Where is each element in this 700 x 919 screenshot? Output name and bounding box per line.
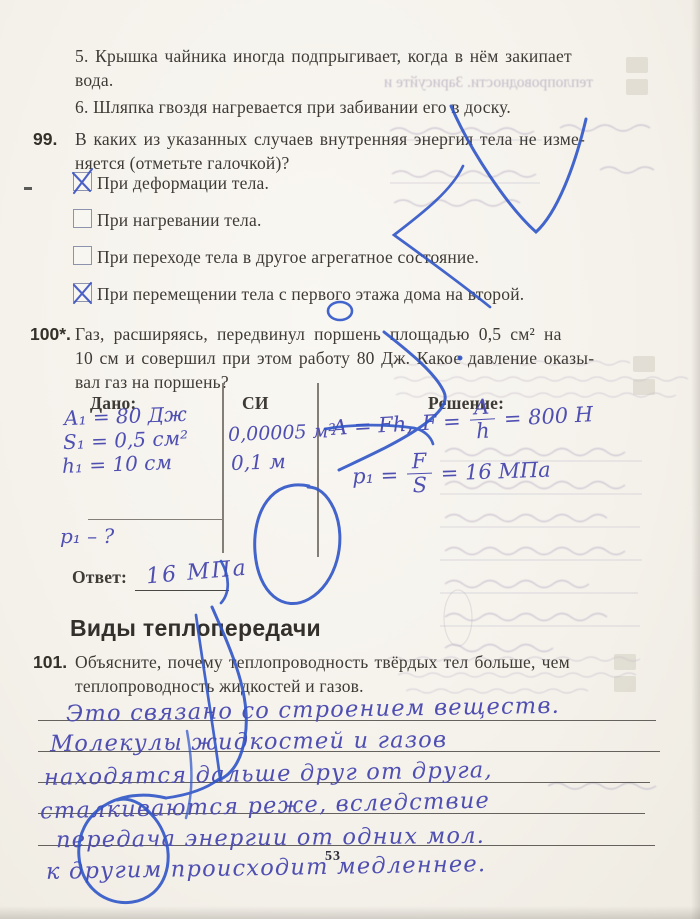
answer-blank[interactable] (135, 590, 229, 591)
question-100-line2: 10 см и совершил при этом работу 80 Дж. … (75, 346, 594, 370)
edge-tab-mark (614, 654, 636, 670)
question-101-line2: теплопроводность жидкостей и газов. (75, 674, 364, 698)
handwritten-solution-line1: A = Fh, F = Ah = 800 Н (331, 391, 594, 450)
question-100-line1: Газ, расширяясь, передвинул поршень площ… (75, 322, 562, 346)
question-99-number: 99. (33, 127, 57, 151)
edge-tab-mark (633, 356, 655, 372)
solution-result-pressure: = 16 МПа (440, 457, 551, 485)
handwritten-answer-row-6: к другим происходит медленнее. (46, 851, 487, 885)
question-100-number: 100*. (30, 322, 71, 346)
handwritten-answer-value: 16 МПа (145, 556, 249, 590)
solution-fraction-a-over-h: Ah (469, 396, 496, 442)
bleed-through-text: теплопроводности. Зарисуйте и (384, 74, 593, 92)
exercise-item-6: 6. Шляпка гвоздя нагревается при забиван… (75, 95, 511, 119)
edge-tab-mark (626, 79, 648, 95)
option-4-label: При перемещении тела с первого этажа дом… (97, 282, 524, 306)
handwritten-si-1: 0,00005 м² (228, 420, 337, 446)
checkbox-option-4[interactable] (73, 283, 92, 302)
solution-struck-formula: A = Fh, (332, 411, 414, 439)
table-divider-right (317, 383, 319, 557)
edge-tab-mark (633, 379, 655, 395)
handwritten-find: p₁ – ? (60, 524, 114, 548)
answer-label: Ответ: (72, 565, 127, 589)
edge-tab-mark (626, 57, 648, 73)
handwritten-solution-line2: p₁ = FS = 16 МПа (351, 447, 551, 499)
solution-result-force: = 800 Н (503, 402, 593, 431)
page-edge-shadow-bottom (0, 906, 700, 919)
question-101-number: 101. (33, 650, 67, 674)
checkbox-option-2[interactable] (73, 209, 92, 228)
checkbox-option-1[interactable] (73, 172, 92, 191)
handwritten-given-3: h₁ = 10 см (62, 450, 173, 478)
checkbox-option-3[interactable] (73, 246, 92, 265)
check-x-mark (70, 278, 95, 306)
check-x-mark (70, 167, 95, 195)
question-99-line1: В каких из указанных случаев внутренняя … (75, 127, 585, 151)
scan-speck (24, 187, 32, 190)
handwritten-answer-row-3: находятся дальше друг от друга, (44, 757, 493, 791)
solution-fraction-f-over-s: FS (406, 451, 432, 497)
handwritten-answer-row-5: передача энергии от одних мол. (56, 823, 485, 853)
question-101-line1: Объясните, почему теплопроводность твёрд… (75, 650, 570, 674)
handwritten-answer-row-4: сталкиваются реже, вследствие (40, 788, 491, 825)
edge-tab-mark (614, 676, 636, 692)
option-3-label: При переходе тела в другое агрегатное со… (97, 245, 479, 269)
page-edge-shadow-right (691, 0, 700, 919)
page-number: 53 (325, 849, 341, 865)
handwritten-si-2: 0,1 м (231, 449, 287, 475)
option-1-label: При деформации тела. (97, 171, 269, 195)
exercise-item-5-line2: вода. (75, 68, 113, 92)
given-separator-line (88, 519, 222, 520)
exercise-item-5-line1: 5. Крышка чайника иногда подпрыгивает, к… (75, 44, 572, 68)
handwritten-answer-row-2: Молекулы жидкостей и газов (50, 727, 448, 757)
si-header: СИ (242, 391, 269, 415)
solution-p-equals: p₁ = (352, 462, 399, 488)
section-title: Виды теплопередачи (70, 615, 321, 641)
solution-f-equals: F = (421, 409, 461, 435)
workbook-page: теплопроводности. Зарисуйте и 5. Крышка … (0, 0, 700, 919)
table-divider-left (222, 383, 224, 553)
option-2-label: При нагревании тела. (97, 208, 262, 232)
